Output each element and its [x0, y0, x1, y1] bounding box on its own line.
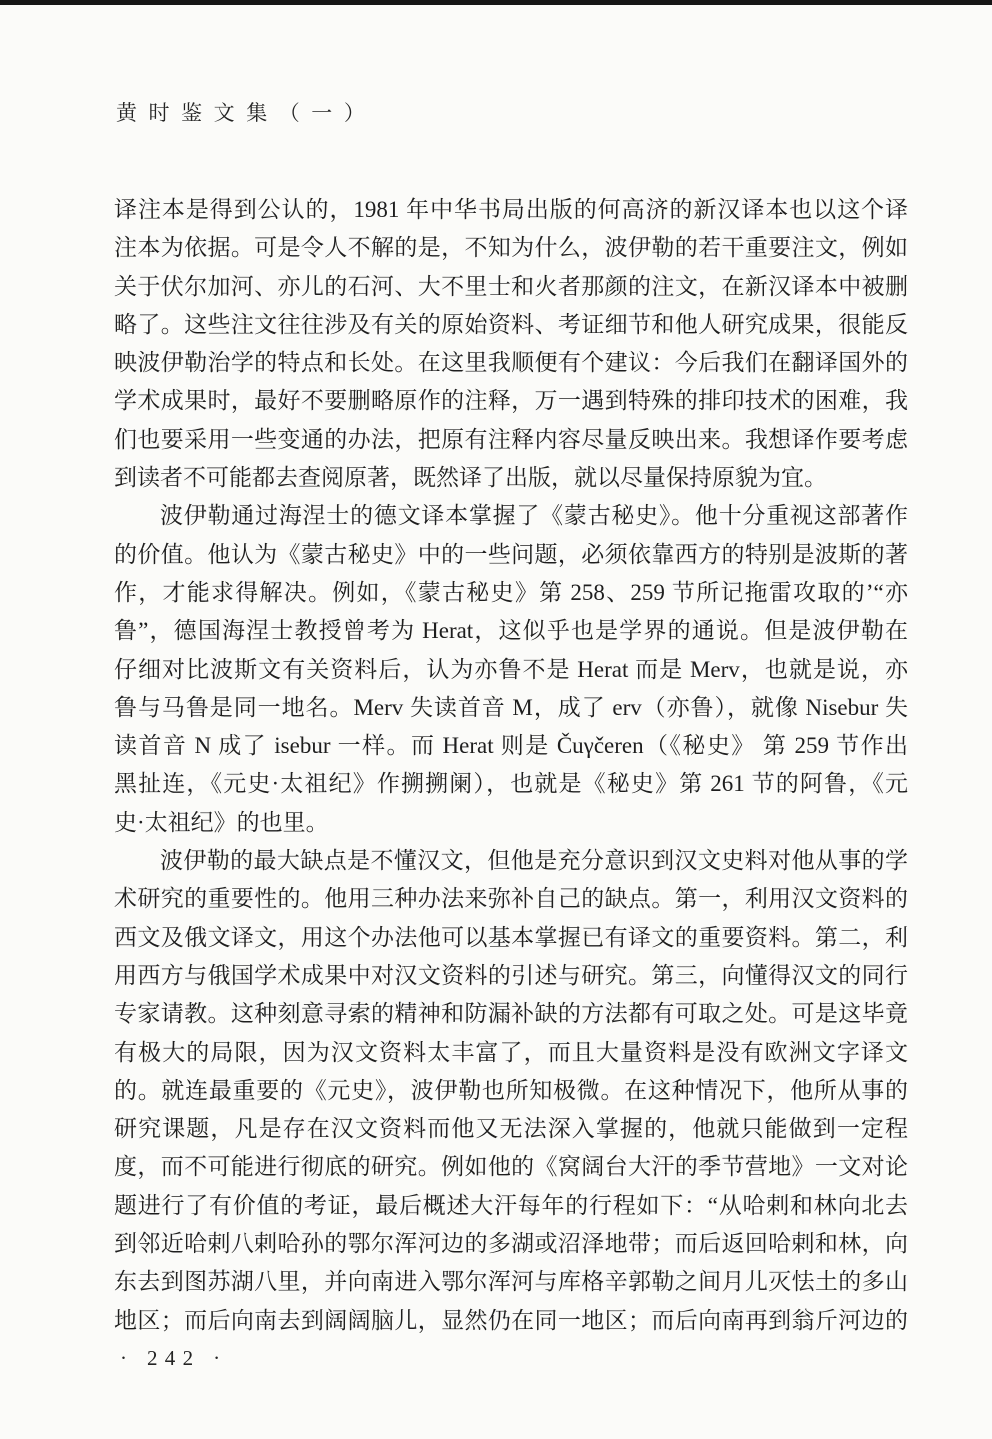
text-line: 西文及俄文译文，用这个办法他可以基本掌握已有译文的重要资料。第二，利: [114, 919, 908, 957]
text-line: 到读者不可能都去查阅原著，既然译了出版，就以尽量保持原貌为宜。: [114, 459, 908, 497]
text-line: 们也要采用一些变通的办法，把原有注释内容尽量反映出来。我想译作要考虑: [114, 421, 908, 459]
text-line: 译注本是得到公认的，1981 年中华书局出版的何高济的新汉译本也以这个译: [114, 191, 908, 229]
page-number: · 242 ·: [120, 1346, 227, 1371]
text-line: 地区；而后向南去到阔阔脑儿，显然仍在同一地区；而后向南再到翁斤河边的: [114, 1302, 908, 1340]
scan-edge-artifact: [0, 0, 992, 5]
text-line: 波伊勒通过海涅士的德文译本掌握了《蒙古秘史》。他十分重视这部著作: [114, 497, 908, 535]
text-line: 鲁与马鲁是同一地名。Merv 失读首音 M，成了 erv（亦鲁），就像 Nise…: [114, 689, 908, 727]
text-line: 读首音 N 成了 isebur 一样。而 Herat 则是 Čuγčeren（《…: [114, 727, 908, 765]
text-line: 用西方与俄国学术成果中对汉文资料的引述与研究。第三，向懂得汉文的同行: [114, 957, 908, 995]
text-line: 度，而不可能进行彻底的研究。例如他的《窝阔台大汗的季节营地》一文对论: [114, 1148, 908, 1186]
text-line: 学术成果时，最好不要删略原作的注释，万一遇到特殊的排印技术的困难，我: [114, 382, 908, 420]
text-line: 的价值。他认为《蒙古秘史》中的一些问题，必须依靠西方的特别是波斯的著: [114, 536, 908, 574]
text-line: 专家请教。这种刻意寻索的精神和防漏补缺的方法都有可取之处。可是这毕竟: [114, 995, 908, 1033]
text-line: 注本为依据。可是令人不解的是，不知为什么，波伊勒的若干重要注文，例如: [114, 229, 908, 267]
text-line: 术研究的重要性的。他用三种办法来弥补自己的缺点。第一，利用汉文资料的: [114, 880, 908, 918]
text-line: 略了。这些注文往往涉及有关的原始资料、考证细节和他人研究成果，很能反: [114, 306, 908, 344]
text-line: 作，才能求得解决。例如，《蒙古秘史》第 258、259 节所记拖雷攻取的ʼ“亦: [114, 574, 908, 612]
book-page: 黄时鉴文集（一） 译注本是得到公认的，1981 年中华书局出版的何高济的新汉译本…: [0, 0, 992, 1439]
body-text: 译注本是得到公认的，1981 年中华书局出版的何高济的新汉译本也以这个译注本为依…: [114, 191, 908, 1340]
text-line: 黑扯连，《元史·太祖纪》作搠搠阑），也就是《秘史》第 261 节的阿鲁，《元: [114, 765, 908, 803]
text-line: 映波伊勒治学的特点和长处。在这里我顺便有个建议：今后我们在翻译国外的: [114, 344, 908, 382]
text-line: 东去到图苏湖八里，并向南进入鄂尔浑河与库格辛郭勒之间月儿灭怯土的多山: [114, 1263, 908, 1301]
text-line: 题进行了有价值的考证，最后概述大汗每年的行程如下：“从哈剌和林向北去: [114, 1187, 908, 1225]
text-line: 鲁”，德国海涅士教授曾考为 Herat，这似乎也是学界的通说。但是波伊勒在: [114, 612, 908, 650]
text-line: 关于伏尔加河、亦儿的石河、大不里士和火者那颜的注文，在新汉译本中被删: [114, 268, 908, 306]
text-line: 到邻近哈剌八剌哈孙的鄂尔浑河边的多湖或沼泽地带；而后返回哈剌和林，向: [114, 1225, 908, 1263]
text-line: 有极大的局限，因为汉文资料太丰富了，而且大量资料是没有欧洲文字译文: [114, 1034, 908, 1072]
text-line: 研究课题，凡是存在汉文资料而他又无法深入掌握的，他就只能做到一定程: [114, 1110, 908, 1148]
text-line: 史·太祖纪》的也里。: [114, 804, 908, 842]
text-line: 波伊勒的最大缺点是不懂汉文，但他是充分意识到汉文史料对他从事的学: [114, 842, 908, 880]
text-line: 的。就连最重要的《元史》，波伊勒也所知极微。在这种情况下，他所从事的: [114, 1072, 908, 1110]
text-line: 仔细对比波斯文有关资料后，认为亦鲁不是 Herat 而是 Merv，也就是说，亦: [114, 651, 908, 689]
running-header: 黄时鉴文集（一）: [116, 97, 376, 127]
